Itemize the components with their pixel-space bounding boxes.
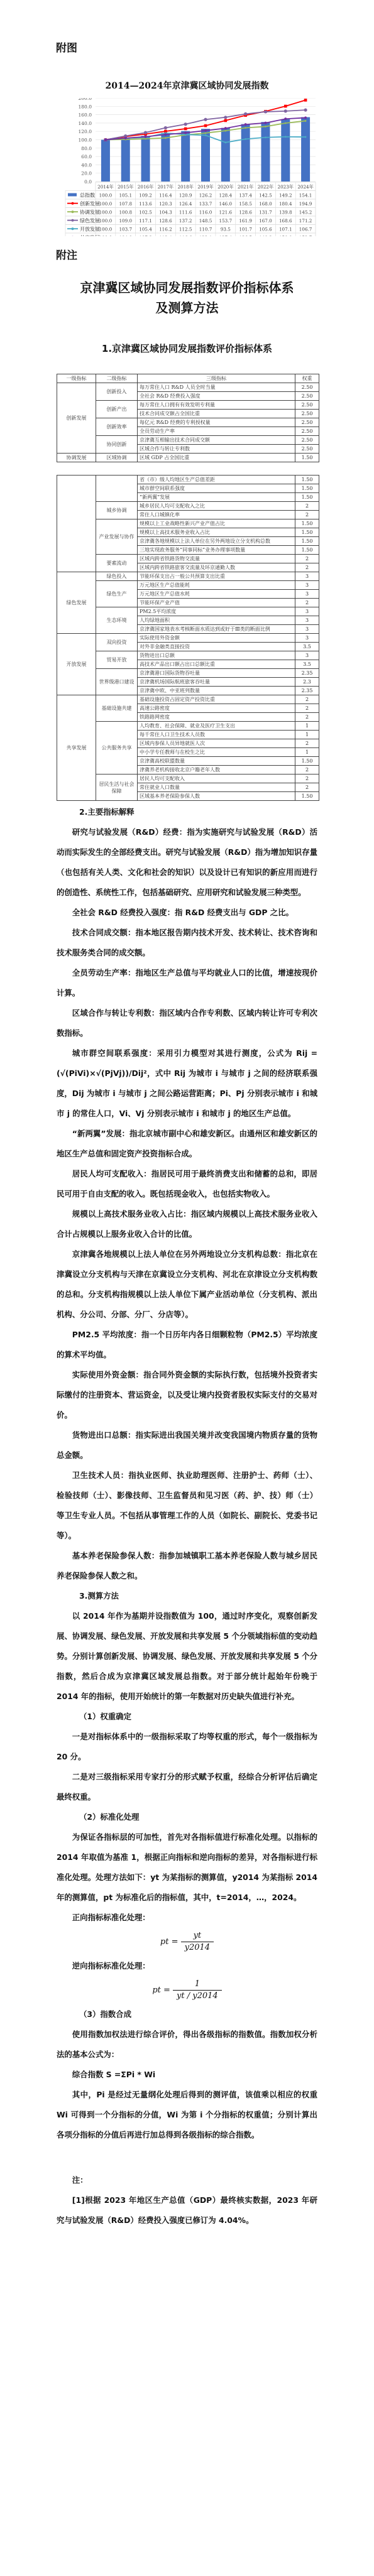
data-table-value: 158.5	[239, 201, 252, 207]
level-3-cell: 货物进出口总额	[138, 651, 295, 660]
level-3-cell: 对外非金融类直接投资	[138, 643, 295, 651]
weight-cell: 1.50	[295, 484, 319, 493]
level-3-cell: 铁路路网密度	[138, 713, 295, 722]
weight-cell: 2	[295, 739, 319, 748]
level-1-cell: 开放发展	[57, 634, 96, 695]
level-3-cell: 京津冀国家地表水考核断面水质达到或好于Ⅲ类的断面比例	[138, 625, 295, 634]
level-3-cell: 技术合同成交额占全国比重	[138, 410, 295, 418]
x-tick-label: 2020年	[217, 184, 233, 190]
level-2-cell: 世界级港口建设	[96, 669, 138, 695]
weight-cell: 2.50	[295, 418, 319, 427]
level-3-cell: 高技术产品出口额占出口总额比重	[138, 660, 295, 669]
section-1-title: 1.京津冀区域协同发展指数评价指标体系	[0, 342, 374, 355]
positive-indicator-label: 正向指标标准化处理：	[57, 1908, 317, 1928]
weight-cell: 2	[295, 511, 319, 519]
level-3-cell: 人均教育、社会保障、就业及医疗卫生支出	[138, 722, 295, 731]
level-3-cell: 区域基本养老保险参保人数	[138, 792, 295, 801]
bar	[301, 117, 310, 182]
data-table-value: 180.4	[279, 201, 292, 207]
data-table-value: 133.7	[199, 201, 212, 207]
data-table-value: 100.0	[99, 201, 113, 207]
y-tick-label: 120.0	[79, 129, 92, 134]
legend-label: 协调发展	[80, 209, 100, 215]
level-3-cell: 城乡居民人均可支配收入之比	[138, 502, 295, 511]
data-table-value: 152.7	[299, 235, 312, 236]
table-row: 世界级港口建设京津冀港口国际货物吞吐量2.35	[57, 669, 319, 678]
marker	[124, 137, 127, 139]
data-table-value: 110.7	[199, 227, 212, 232]
indicator-table-part-2: 省（市）级人均地区生产总值差距1.50城市群空间联系强度1.50“新两翼”发展1…	[57, 475, 319, 801]
legend-marker	[72, 227, 74, 230]
level-3-cell: 常住就业人口数量	[138, 783, 295, 792]
positive-formula: pt = yty2014	[57, 1930, 317, 1954]
level-3-cell: 每千常住人口卫生技术人员数	[138, 731, 295, 739]
weight-cell: 1.50	[295, 493, 319, 502]
document-title-line-2: 及测算方法	[0, 298, 374, 318]
legend-label: 绿色发展	[80, 217, 100, 224]
level-3-cell: 京津冀中欧、中亚班列数量	[138, 687, 295, 695]
data-table-value: 194.9	[299, 201, 312, 207]
marker	[265, 136, 267, 138]
data-table-value: 101.7	[239, 227, 252, 232]
data-table-value: 100.0	[99, 193, 113, 198]
data-table-value: 128.4	[219, 193, 233, 198]
y-tick-label: 40.0	[81, 162, 92, 168]
data-table-value: 111.6	[179, 210, 192, 215]
bar	[281, 119, 290, 182]
data-table-value: 112.4	[159, 235, 172, 236]
data-table-value: 137.4	[239, 193, 252, 198]
weight-paragraph-1: 一是对指标体系中的一级指标采取了均等权重的形式，每个一级指标为 20 分。	[57, 1727, 317, 1767]
level-2-cell	[96, 476, 138, 502]
weight-cell: 2.50	[295, 427, 319, 436]
level-3-cell: 区域合作与转让专利数	[138, 445, 295, 454]
marker	[284, 117, 287, 120]
data-table-value: 140.3	[259, 235, 272, 236]
table-row: 产业发展与协作规模以上工业战略性新兴产业产值占比1.50	[57, 519, 319, 528]
marker	[224, 141, 226, 143]
data-table-value: 127.4	[219, 235, 233, 236]
marker	[264, 122, 267, 124]
marker	[305, 136, 307, 138]
data-table-value: 113.6	[139, 201, 152, 207]
bar	[101, 140, 110, 182]
level-2-cell: 双向投资	[96, 634, 138, 651]
definition-paragraph: PM2.5 平均浓度：指一个日历年内各日细颗粒物（PM2.5）平均浓度的算术平均…	[57, 1325, 317, 1365]
marker	[164, 126, 167, 129]
weight-paragraph-2: 二是对三级指标采用专家打分的形式赋予权重，经综合分析评估后确定最终权重。	[57, 1767, 317, 1807]
weight-cell: 2	[295, 599, 319, 607]
level-3-cell: 每亿元 R&D 经费的专利授权量	[138, 418, 295, 427]
table-row: 创新发展创新投入每万常住人口 R&D 人员全时当量2.50	[57, 383, 319, 392]
marker	[205, 134, 207, 136]
header-level-2: 二级指标	[96, 374, 138, 383]
level-3-cell: 每万常住人口 R&D 人员全时当量	[138, 383, 295, 392]
y-tick-label: 100.0	[79, 138, 92, 143]
section-2: 2.主要指标解释 研究与试验发展（R&D）经费：指为实施研究与试验发展（R&D）…	[0, 802, 374, 2268]
data-table-value: 116.2	[159, 227, 172, 232]
weight-cell: 1.50	[295, 546, 319, 555]
weight-cell: 2	[295, 704, 319, 713]
weight-cell: 3	[295, 634, 319, 643]
data-table-value: 126.2	[199, 193, 212, 198]
weight-cell: 2	[295, 774, 319, 783]
indicator-table-part-1: 一级指标 二级指标 三级指标 权重 创新发展创新投入每万常住人口 R&D 人员全…	[57, 374, 319, 462]
table-row: 创新效率每亿元 R&D 经费的专利授权量2.50	[57, 418, 319, 427]
y-tick-label: 60.0	[81, 154, 92, 160]
weight-title: （1）权重确定	[57, 1707, 317, 1727]
data-table-value: 100.8	[119, 210, 132, 215]
y-tick-label: 0.0	[84, 179, 92, 185]
definition-paragraph: 卫生技术人员：指执业医师、执业助理医师、注册护士、药师（士）、检验技师（士）、影…	[57, 1465, 317, 1546]
marker	[244, 112, 247, 116]
data-table-value: 142.5	[259, 193, 272, 198]
data-table-value: 128.6	[239, 210, 252, 215]
weight-cell: 3.5	[295, 643, 319, 651]
data-table-value: 139.8	[279, 210, 292, 215]
definition-paragraph: 京津冀各地规模以上法人单位在另外两地设立分支机构总数：指北京在津冀设立分支机构与…	[57, 1244, 317, 1325]
legend-label: 总指数	[80, 192, 95, 198]
data-table-value: 148.5	[199, 218, 212, 224]
index-chart: 0.020.040.060.080.0100.0120.0140.0160.01…	[0, 98, 374, 236]
data-table-value: 105.6	[259, 227, 272, 232]
definition-paragraph: 居民人均可支配收入：指居民可用于最终消费支出和储蓄的总和，即居民可用于自由支配的…	[57, 1164, 317, 1204]
definition-paragraph: “新两翼”发展：指北京城市副中心和雄安新区。由通州区和雄安新区的地区生产总值和固…	[57, 1124, 317, 1164]
negative-indicator-label: 逆向指标标准化处理：	[57, 1956, 317, 1976]
weight-cell: 2	[295, 502, 319, 511]
data-table-value: 126.4	[179, 201, 192, 207]
level-2-cell: 区域协调	[96, 454, 138, 462]
weight-cell: 2.35	[295, 669, 319, 678]
level-3-cell: 中小学专任教师与在校生之比	[138, 748, 295, 757]
level-2-cell: 产业发展与协作	[96, 519, 138, 555]
definition-paragraph: 区域合作与转让专利数：指区域内合作专利数、区域内转让许可专利次数指标。	[57, 1003, 317, 1043]
header-level-3: 三级指标	[138, 374, 295, 383]
legend-marker	[72, 202, 74, 205]
bar	[221, 128, 230, 182]
weight-cell: 1.50	[295, 528, 319, 537]
table-row: 绿色发展绿色投入节能环保支出占一般公共预算支出比重3	[57, 572, 319, 581]
data-table-value: 116.4	[159, 193, 172, 198]
weight-cell: 2	[295, 555, 319, 563]
marker	[305, 120, 307, 122]
weight-cell: 3.5	[295, 660, 319, 669]
weight-cell: 3	[295, 581, 319, 590]
level-3-cell: 区域内跨省铁路货物交流量	[138, 555, 295, 563]
level-3-cell: 京津冀机场国际航班旅客吞吐量	[138, 678, 295, 687]
data-table-value: 100.0	[99, 218, 113, 224]
level-3-cell: 全员劳动生产率	[138, 427, 295, 436]
data-table-value: 103.7	[119, 227, 132, 232]
weight-cell: 2.50	[295, 401, 319, 410]
chart-title: 2014—2024年京津冀区域协同发展指数	[0, 74, 374, 98]
section-3-title: 3.测算方法	[57, 1586, 317, 1606]
level-2-cell: 生态环境	[96, 607, 138, 634]
level-1-cell: 共享发展	[57, 695, 96, 801]
definition-paragraph: 城市群空间联系强度：采用引力模型对其进行测度，公式为 Rij = (√(PiVi…	[57, 1043, 317, 1124]
marker	[204, 129, 207, 132]
data-table-value: 154.1	[299, 193, 312, 198]
data-table-value: 153.7	[219, 218, 233, 224]
weight-cell: 1	[295, 748, 319, 757]
level-1-cell: 协调发展	[57, 454, 96, 462]
level-3-cell: 高速公路密度	[138, 704, 295, 713]
level-3-cell: 津冀养老机构接收北京户籍老年人数	[138, 766, 295, 774]
data-table-value: 131.7	[259, 210, 272, 215]
table-row: 居民生活与社会保障居民人均可支配收入2	[57, 774, 319, 783]
data-table-value: 100.0	[99, 210, 113, 215]
marker	[224, 116, 227, 119]
data-table-value: 122.1	[199, 235, 212, 236]
standardization-paragraph: 为保证各指标层的可加性，首先对各指标值进行标准化处理。以指标的 2014 年取值…	[57, 1827, 317, 1908]
data-table-value: 105.4	[139, 227, 152, 232]
table-row: 开放发展双向投资实际使用外资金额3	[57, 634, 319, 643]
level-2-cell: 要素流动	[96, 555, 138, 572]
weight-cell: 2.35	[295, 687, 319, 695]
table-row: 公共服务共享人均教育、社会保障、就业及医疗卫生支出1	[57, 722, 319, 731]
x-tick-label: 2022年	[258, 184, 273, 190]
data-table-value: 106.7	[299, 227, 312, 232]
y-tick-label: 140.0	[79, 121, 92, 126]
legend-label: 创新发展	[80, 200, 100, 207]
table-row: 省（市）级人均地区生产总值差距1.50	[57, 476, 319, 484]
table-row: 共享发展基础设施共建基础设施投资占固定资产投资比重2	[57, 695, 319, 704]
document-page: 附图 2014—2024年京津冀区域协同发展指数 0.020.040.060.0…	[0, 0, 374, 2268]
level-3-cell: 万元地区生产总值水耗	[138, 590, 295, 599]
table-row: 生态环境PM2.5平均浓度3	[57, 607, 319, 616]
header-weight: 权重	[295, 374, 319, 383]
level-1-cell: 创新发展	[57, 383, 96, 454]
weight-cell: 2.50	[295, 436, 319, 445]
legend-label: 开放发展	[80, 226, 100, 232]
level-3-cell: 区域内参保人员异地就医人次	[138, 739, 295, 748]
level-2-cell: 城乡协调	[96, 502, 138, 519]
data-table-value: 120.3	[159, 201, 172, 207]
data-table-value: 137.2	[179, 218, 192, 224]
table-row: 协同创新京津冀互相输出技术合同成交额2.50	[57, 436, 319, 445]
weight-cell: 2.50	[295, 392, 319, 401]
level-3-cell: 全社会 R&D 经费投入强度	[138, 392, 295, 401]
x-tick-label: 2018年	[177, 184, 193, 190]
table-row: 创新产出每万常住人口拥有有效发明专利量2.50	[57, 401, 319, 410]
x-tick-label: 2023年	[278, 184, 294, 190]
weight-cell: 2	[295, 766, 319, 774]
negative-formula: pt = 1yt / y2014	[57, 1979, 317, 2002]
level-2-cell: 绿色投入	[96, 572, 138, 581]
data-table-value: 112.5	[179, 227, 192, 232]
table-header-row: 一级指标 二级指标 三级指标 权重	[57, 374, 319, 383]
level-3-cell: 节能环保产业产值	[138, 599, 295, 607]
definition-paragraph: 基本养老保险参保人数：指参加城镇职工基本养老保险人数与城乡居民养老保险参保人数之…	[57, 1546, 317, 1586]
level-3-cell: “新两翼”发展	[138, 493, 295, 502]
composition-paragraph: 使用指数加权法进行综合评价，得出各级指标的指数值。指数加权分析法的基本公式为：	[57, 2024, 317, 2065]
data-table-value: 116.0	[199, 210, 212, 215]
level-3-cell: 基础设施投资占固定资产投资比重	[138, 695, 295, 704]
level-1-cell	[57, 476, 96, 572]
weight-cell: 1	[295, 722, 319, 731]
level-3-cell: 人均绿地面积	[138, 616, 295, 625]
level-2-cell: 创新效率	[96, 418, 138, 436]
definition-paragraph: 技术合同成交额：指本地区报告期内技术开发、技术转让、技术咨询和技术服务类合同的成…	[57, 923, 317, 963]
table-row: 城乡协调城乡居民人均可支配收入之比2	[57, 502, 319, 511]
data-table-value: 117.1	[139, 218, 152, 224]
composition-paragraph-2: 其中，Pi 是经过无量纲化处理后得到的测评值，该值乘以相应的权重 Wi 可得到一…	[57, 2085, 317, 2145]
x-tick-label: 2021年	[238, 184, 253, 190]
document-title: 京津冀区域协同发展指数评价指标体系 及测算方法	[0, 278, 374, 318]
data-table-value: 100.0	[99, 227, 113, 232]
marker	[184, 122, 187, 126]
weight-cell: 3	[295, 607, 319, 616]
y-tick-label: 160.0	[79, 112, 92, 118]
level-2-cell: 公共服务共享	[96, 722, 138, 774]
level-3-cell: 城市群空间联系强度	[138, 484, 295, 493]
marker	[164, 133, 167, 136]
y-tick-label: 200.0	[79, 98, 92, 101]
bar	[181, 131, 190, 182]
x-tick-label: 2016年	[138, 184, 153, 190]
legend-key	[68, 193, 77, 197]
level-3-cell: 实际使用外资金额	[138, 634, 295, 643]
level-2-cell: 贸易开放	[96, 651, 138, 669]
marker	[245, 138, 246, 140]
data-table-value: 100.0	[99, 235, 113, 236]
data-table-value: 146.0	[219, 201, 233, 207]
marker	[245, 127, 246, 129]
weight-cell: 3	[295, 625, 319, 634]
marker	[285, 122, 287, 124]
x-tick-label: 2024年	[297, 184, 313, 190]
data-table-value: 107.3	[139, 235, 152, 236]
figure-label: 附图	[0, 0, 374, 74]
marker	[205, 132, 207, 134]
marker	[224, 130, 226, 132]
marker	[264, 110, 267, 113]
method-intro: 以 2014 年作为基期并设指数值为 100，通过时序变化，观察创新发展、协调发…	[57, 1606, 317, 1707]
level-3-cell: 节能环保支出占一般公共预算支出比重	[138, 572, 295, 581]
data-table-value: 168.0	[259, 201, 272, 207]
bar	[121, 138, 130, 182]
level-2-cell: 创新产出	[96, 401, 138, 418]
data-table-value: 161.9	[239, 218, 252, 224]
level-3-cell: 常住人口城镇化率	[138, 511, 295, 519]
marker	[144, 131, 147, 134]
weight-cell: 3	[295, 616, 319, 625]
level-2-cell: 创新投入	[96, 383, 138, 401]
weight-cell: 2.3	[295, 678, 319, 687]
bar	[241, 124, 250, 182]
weight-cell: 2.50	[295, 383, 319, 392]
section-2-title: 2.主要指标解释	[57, 802, 317, 822]
marker	[144, 136, 146, 138]
x-tick-label: 2017年	[158, 184, 173, 190]
weight-cell: 1.50	[295, 476, 319, 484]
data-table-value: 104.0	[119, 235, 132, 236]
data-table-value: 116.6	[179, 235, 192, 236]
data-table-value: 171.2	[299, 218, 312, 224]
weight-cell: 2	[295, 563, 319, 572]
level-3-cell: 省（市）级人均地区生产总值差距	[138, 476, 295, 484]
marker	[224, 127, 227, 129]
note-label: 附注	[0, 236, 374, 264]
level-3-cell: 京津冀互相输出技术合同成交额	[138, 436, 295, 445]
data-table-value: 120.9	[179, 193, 192, 198]
weight-cell: 1.50	[295, 519, 319, 528]
weight-cell: 3	[295, 572, 319, 581]
x-tick-label: 2014年	[97, 184, 113, 190]
marker	[224, 119, 228, 122]
level-3-cell: 区域内跨省铁路旅客交流量及环京通勤人数	[138, 563, 295, 572]
marker	[284, 109, 287, 112]
marker	[184, 131, 187, 134]
y-tick-label: 20.0	[81, 171, 92, 177]
marker	[304, 116, 307, 119]
level-3-cell: 京津冀高校联盟数量	[138, 757, 295, 766]
level-1-cell: 绿色发展	[57, 572, 96, 634]
definition-paragraph: 规模以上高技术服务业收入占比：指区域内规模以上高技术服务业收入合计占规模以上服务…	[57, 1204, 317, 1244]
weight-cell: 2.50	[295, 410, 319, 418]
composition-title: （3）指数合成	[57, 2004, 317, 2024]
definition-paragraph: 货物进出口总额：指实际进出我国关境并改变我国境内物质存量的货物总金额。	[57, 1425, 317, 1465]
x-tick-label: 2015年	[118, 184, 133, 190]
standardization-title: （2）标准化处理	[57, 1807, 317, 1827]
level-3-cell: 居民人均可支配收入	[138, 774, 295, 783]
marker	[304, 99, 307, 102]
marker	[265, 126, 267, 128]
chart: 0.020.040.060.080.0100.0120.0140.0160.01…	[0, 98, 374, 236]
weight-cell: 1.50	[295, 792, 319, 801]
table-row: 绿色生产万元地区生产总值能耗3	[57, 581, 319, 590]
weight-cell: 3	[295, 651, 319, 660]
level-2-cell: 协同创新	[96, 436, 138, 454]
table-row: 贸易开放货物进出口总额3	[57, 651, 319, 660]
definition-paragraph: 全社会 R&D 经费投入强度：指 R&D 经费支出与 GDP 之比。	[57, 903, 317, 923]
marker	[184, 128, 187, 131]
weight-cell: 3	[295, 590, 319, 599]
data-table-value: 105.1	[119, 193, 132, 198]
marker	[204, 124, 207, 128]
bar	[141, 136, 150, 182]
data-table-value: 93.5	[221, 227, 231, 232]
legend-marker	[72, 219, 74, 222]
marker	[204, 118, 207, 121]
level-3-cell: 京津冀各地规模以上法人单位在另外两地设立分支机构总数	[138, 537, 295, 546]
legend-marker	[72, 210, 74, 213]
weight-cell: 1	[295, 731, 319, 739]
data-table-value: 167.0	[259, 218, 272, 224]
y-tick-label: 80.0	[81, 146, 92, 151]
weight-cell: 2.50	[295, 445, 319, 454]
data-table-value: 150.0	[279, 235, 292, 236]
data-table-value: 107.8	[119, 201, 132, 207]
weight-cell: 2	[295, 695, 319, 704]
marker	[304, 109, 307, 112]
note-item: [1]根据 2023 年地区生产总值（GDP）最终核实数据，2023 年研究与试…	[57, 2190, 317, 2231]
data-table-value: 109.0	[119, 218, 132, 224]
data-table-value: 149.2	[279, 193, 292, 198]
level-3-cell: 京津冀港口国际货物吞吐量	[138, 669, 295, 678]
weight-cell: 2	[295, 713, 319, 722]
marker	[285, 136, 287, 138]
weight-cell: 1.50	[295, 454, 319, 462]
weight-cell: 1.50	[295, 757, 319, 766]
level-3-cell: 规模以上工业战略性新兴产业产值占比	[138, 519, 295, 528]
data-table-value: 107.1	[279, 227, 292, 232]
definition-paragraph: 实际使用外资金额：指合同外资金额的实际执行数，包括境外投资者实际缴付的注册资本、…	[57, 1365, 317, 1425]
definition-paragraph: 全员劳动生产率：指地区生产总值与平均就业人口的比值，增速按现价计算。	[57, 963, 317, 1003]
marker	[104, 138, 107, 141]
level-3-cell: 每万常住人口拥有有效发明专利量	[138, 401, 295, 410]
legend-label: 共享发展	[80, 234, 100, 236]
